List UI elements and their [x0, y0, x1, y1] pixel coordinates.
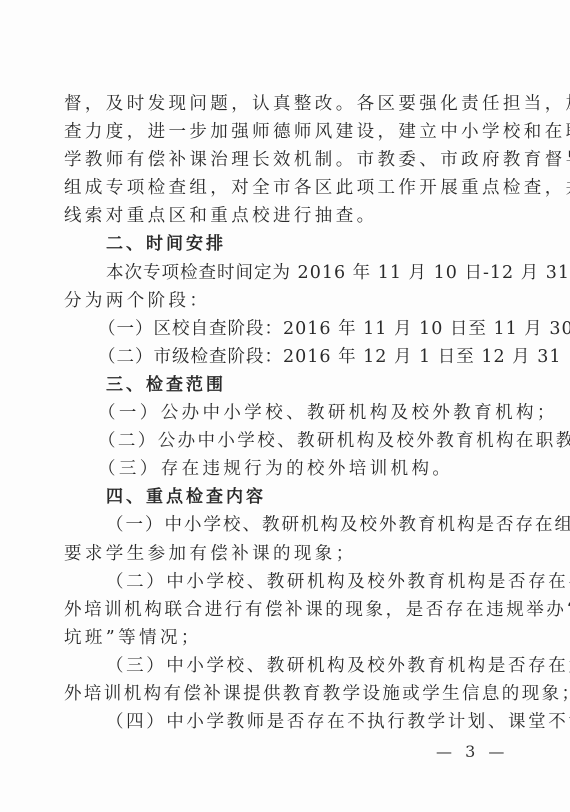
- paragraph-line: 学教师有偿补课治理长效机制。市教委、市政府教育督导室将: [64, 146, 484, 174]
- paragraph-line: 外培训机构联合进行有偿补课的现象，是否存在违规举办“占: [64, 596, 484, 624]
- list-item: （二）市级检查阶段：2016 年 12 月 1 日至 12 月 31 日: [64, 343, 484, 371]
- paragraph-line: 查力度，进一步加强师德师风建设，建立中小学校和在职中小: [64, 118, 484, 146]
- list-item: （三）中小学校、教研机构及校外教育机构是否存在为校: [64, 652, 484, 680]
- section-heading-schedule: 二、时间安排: [64, 230, 484, 258]
- paragraph-line: 线索对重点区和重点校进行抽查。: [64, 202, 484, 230]
- list-item: （一）区校自查阶段：2016 年 11 月 10 日至 11 月 30 日: [64, 315, 484, 343]
- paragraph-line: 坑班”等情况；: [64, 624, 484, 652]
- list-item: （一）公办中小学校、教研机构及校外教育机构；: [64, 399, 484, 427]
- section-heading-key-content: 四、重点检查内容: [64, 483, 484, 511]
- list-item: （四）中小学教师是否存在不执行教学计划、课堂不讲课: [64, 708, 484, 736]
- list-item: （三）存在违规行为的校外培训机构。: [64, 455, 484, 483]
- paragraph-line: 督，及时发现问题，认真整改。各区要强化责任担当，加大检: [64, 90, 484, 118]
- section-heading-scope: 三、检查范围: [64, 371, 484, 399]
- paragraph-line: 外培训机构有偿补课提供教育教学设施或学生信息的现象；: [64, 680, 484, 708]
- document-page: 督，及时发现问题，认真整改。各区要强化责任担当，加大检 查力度，进一步加强师德师…: [0, 0, 570, 812]
- list-item: （二）公办中小学校、教研机构及校外教育机构在职教师；: [64, 427, 484, 455]
- paragraph-line: 组成专项检查组，对全市各区此项工作开展重点检查，并根据: [64, 174, 484, 202]
- list-item: （一）中小学校、教研机构及校外教育机构是否存在组织、: [64, 511, 484, 539]
- list-item: （二）中小学校、教研机构及校外教育机构是否存在与校: [64, 568, 484, 596]
- page-number: — 3 —: [436, 742, 508, 761]
- paragraph-line: 要求学生参加有偿补课的现象；: [64, 540, 484, 568]
- paragraph-line: 本次专项检查时间定为 2016 年 11 月 10 日-12 月 31 日，: [64, 259, 484, 287]
- document-body: 督，及时发现问题，认真整改。各区要强化责任担当，加大检 查力度，进一步加强师德师…: [64, 90, 484, 736]
- paragraph-line: 分为两个阶段：: [64, 287, 484, 315]
